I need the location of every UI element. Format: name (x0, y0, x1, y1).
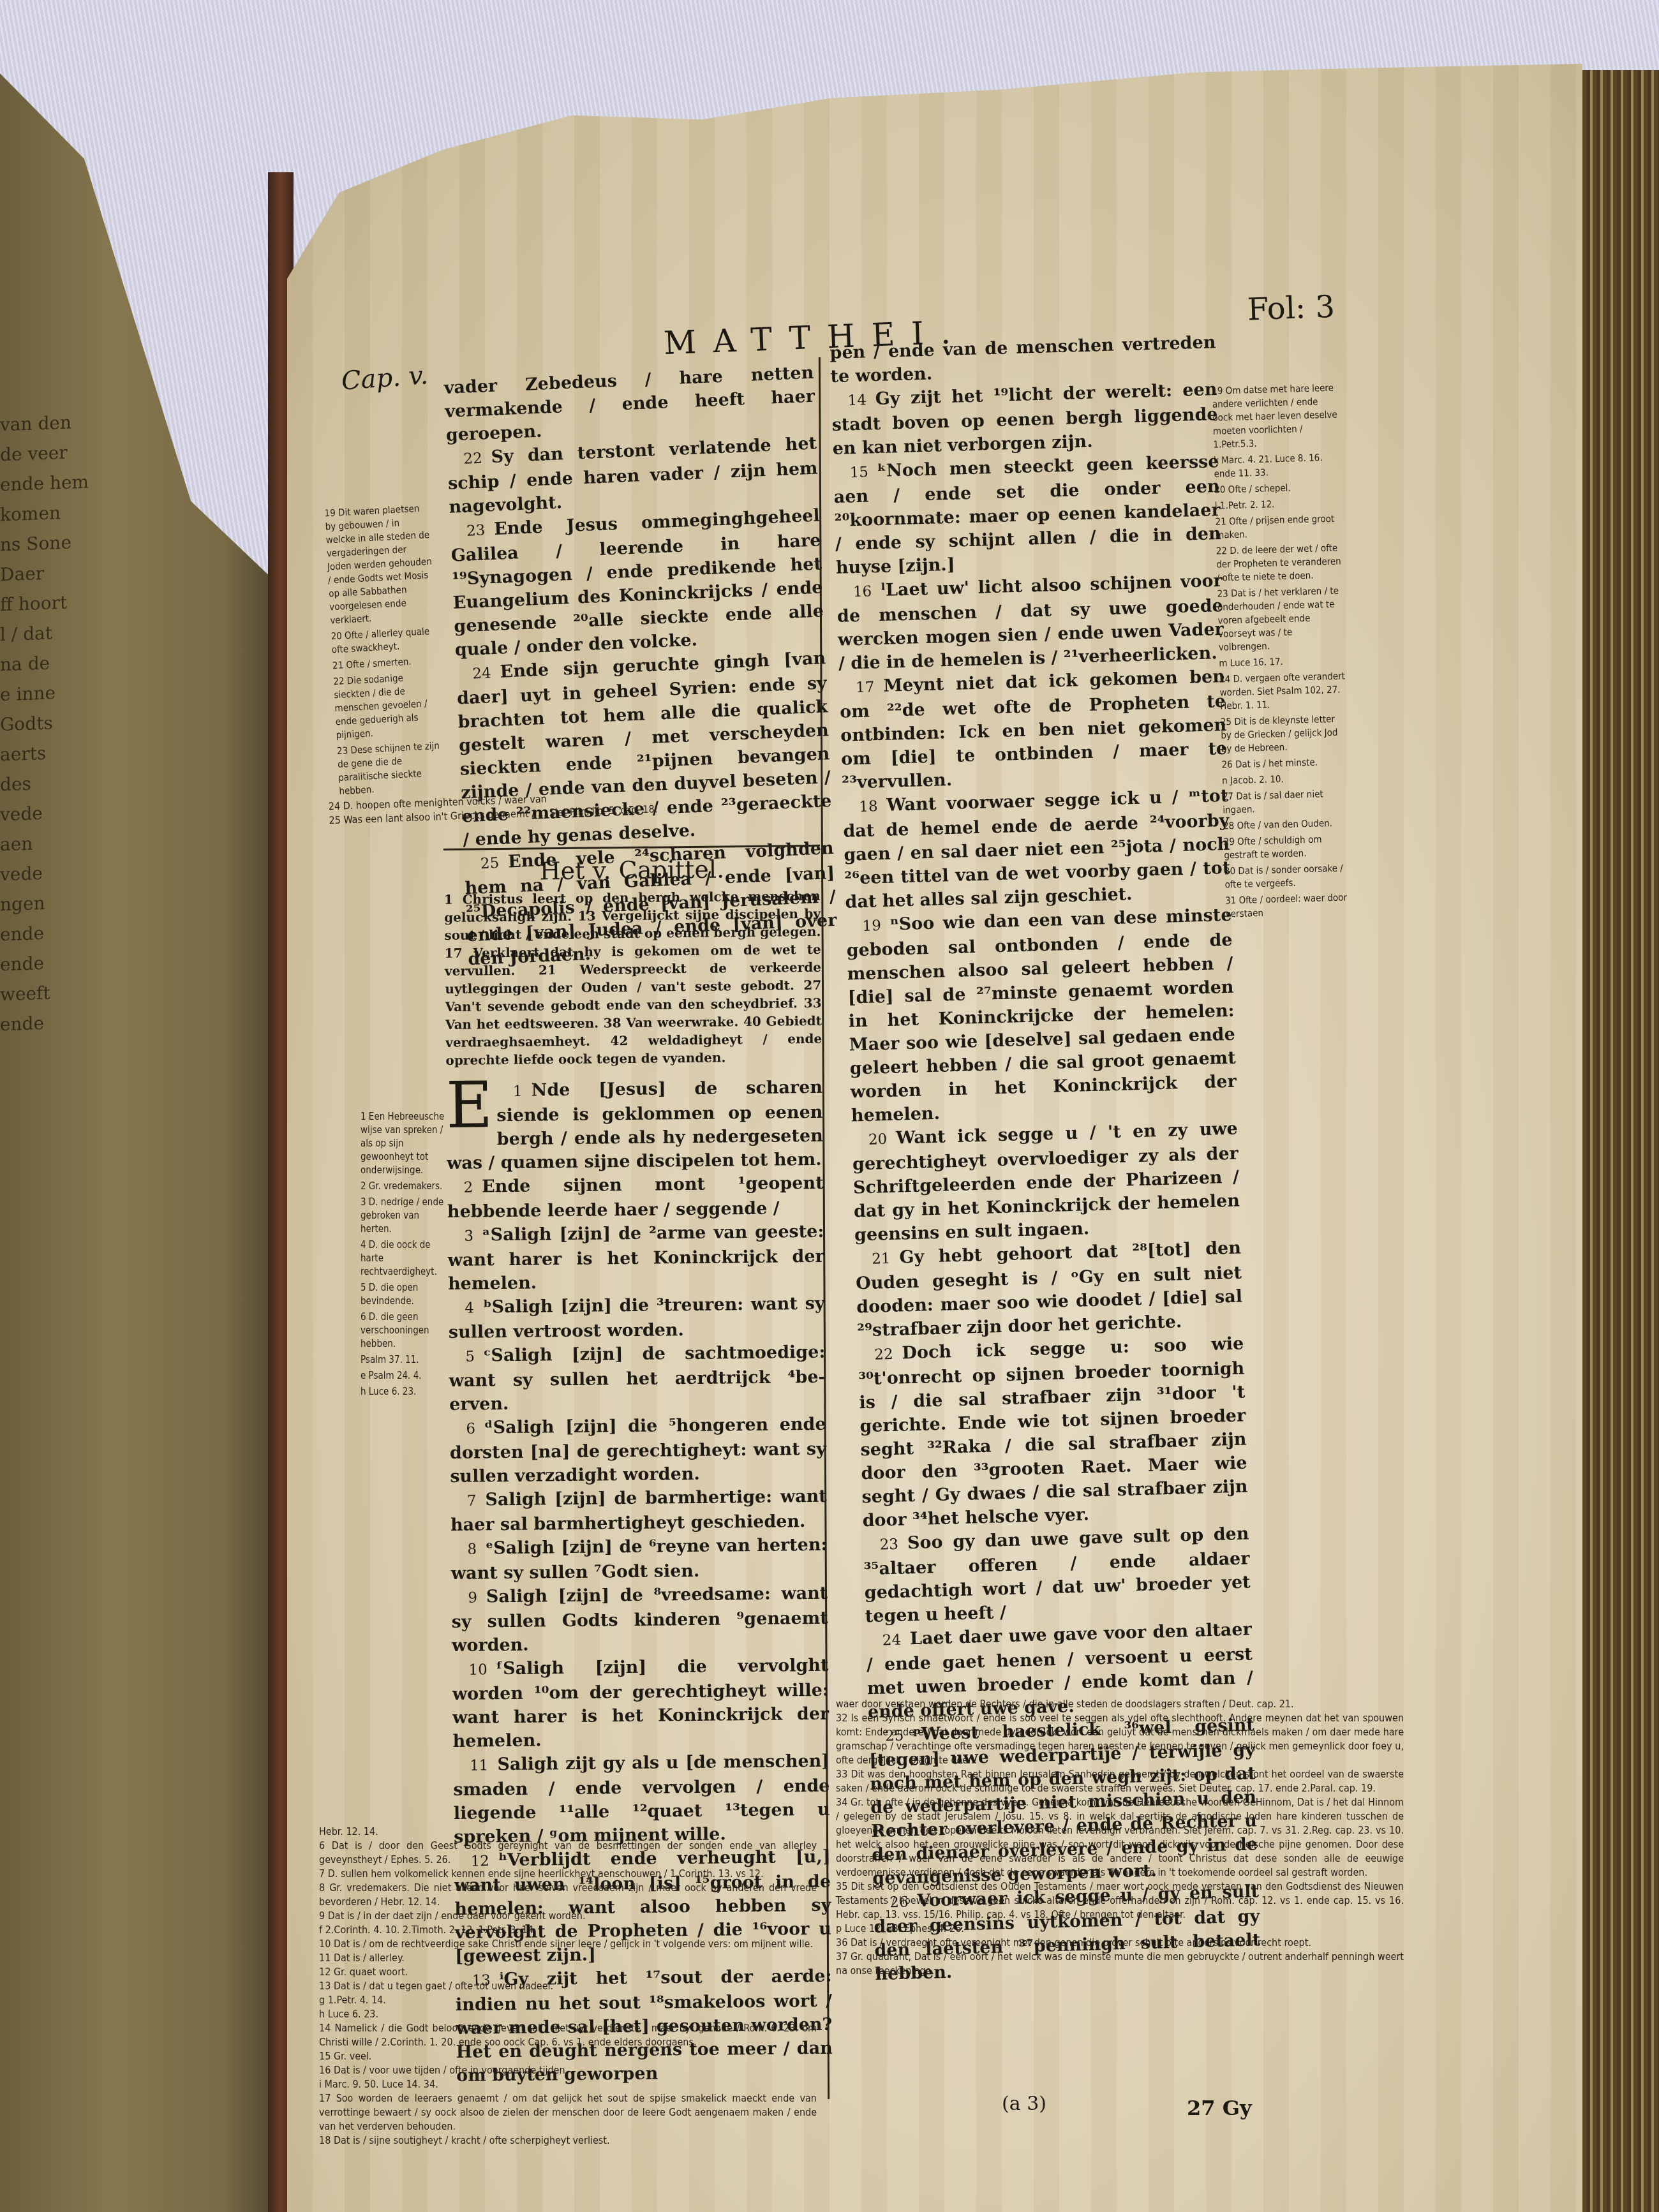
verse: 22Doch ick segge u: soo wie ³⁰t'onrecht … (858, 1332, 1249, 1533)
note: 13 Dat is / dat u tegen gaet / ofte tot … (319, 1979, 817, 1993)
note: 30 Dat is / sonder oorsake / ofte te ver… (1224, 861, 1353, 891)
verse-text: Gy hebt gehoort dat ²⁸[tot] den Ouden ge… (856, 1238, 1243, 1341)
verse-text: ⁿSoo wie dan een van dese minste geboden… (846, 905, 1237, 1126)
verse-number: 6 (449, 1420, 484, 1437)
note: 18 Dat is / sijne soutigheyt / kracht / … (319, 2134, 817, 2148)
note: 17 Soo worden de leeraers genaemt / om d… (319, 2091, 817, 2134)
note: 35 Dit siet op den Godtsdienst des Ouden… (836, 1880, 1404, 1922)
note: i Marc. 9. 50. Luce 14. 34. (319, 2077, 817, 2091)
verse-text: Ende sijnen mont ¹geopent hebbende leerd… (447, 1173, 824, 1222)
verse-text: Want voorwaer segge ick u / ᵐtot dat de … (843, 786, 1231, 912)
verse: 15ᵏNoch men steeckt geen keersse aen / e… (833, 450, 1222, 580)
note: g 1.Petr. 4. 14. (319, 1993, 817, 2007)
note: 36 Dat is / verdraeght ofte vereenight m… (836, 1936, 1404, 1950)
verse-number: 11 (453, 1757, 498, 1774)
note: 6 Dat is / door den Geest Godts gereynig… (319, 1839, 817, 1867)
verse-number: 24 (456, 665, 500, 683)
verse: 16ˡLaet uw' licht alsoo schijnen voor de… (836, 569, 1224, 676)
verse-number: 8 (450, 1541, 486, 1558)
verse-text: Saligh [zijn] de barmhertige: want haer … (450, 1487, 827, 1535)
verse: 8ᵉSaligh [zijn] de ⁶reyne van herten: wa… (450, 1533, 828, 1585)
note: 20 Ofte / allerley quale ofte swackheyt. (331, 625, 437, 657)
verse: 6ᵈSaligh [zijn] die ⁵hongeren ende dorst… (449, 1413, 826, 1488)
note: 19 Om datse met hare leere andere verlic… (1212, 382, 1341, 452)
note: 23 Dat is / het verklaren / te onderhoud… (1217, 584, 1346, 654)
catchword: 27 Gy (1187, 2096, 1252, 2120)
verse-text: Gy zijt het ¹⁹licht der werelt: een stad… (831, 380, 1218, 459)
verse-number: 7 (450, 1492, 486, 1510)
verse: 7Saligh [zijn] de barmhertige: want haer… (450, 1485, 828, 1537)
note: 8 Gr. vredemakers. Die niet alleen voor … (319, 1881, 817, 1909)
verse-number: 1 (496, 1083, 532, 1101)
verse-number: 2 (447, 1179, 482, 1196)
verse-number: 23 (450, 522, 495, 540)
verse: 18Want voorwaer segge ick u / ᵐtot dat d… (842, 784, 1231, 914)
left-page-text-fragments: van den de veer ende hem komen ns Sone D… (0, 401, 268, 1040)
verse-number: 15 (833, 464, 877, 482)
verse-text: Soo gy dan uwe gave sult op den ³⁵altaer… (863, 1524, 1251, 1626)
verse-text: ᵉSaligh [zijn] de ⁶reyne van herten: wan… (451, 1535, 828, 1584)
verse: 19ⁿSoo wie dan een van dese minste gebod… (845, 903, 1237, 1128)
verse-text: ᵃSaligh [zijn] de ²arme van geeste: want… (448, 1222, 824, 1294)
note: 11 Dat is / allerley. (319, 1951, 817, 1965)
chapter-label: Cap. v. (341, 360, 429, 396)
verse-number: 10 (452, 1661, 496, 1679)
verse-text: ᶠSaligh [zijn] die vervolght worden ¹⁰om… (452, 1656, 829, 1751)
note: 6 D. die geen verschooningen hebben. (361, 1310, 447, 1351)
verse-text: Saligh [zijn] de ⁸vreedsame: want sy sul… (452, 1584, 828, 1656)
note: 25 Dit is de kleynste letter by de Griec… (1221, 712, 1350, 755)
note: 7 D. sullen hem volkomelick kennen ende … (319, 1867, 817, 1881)
verse-text: vader Zebedeus / hare netten vermakende … (443, 363, 815, 445)
note: p Luce 12. 58. Ephes. 4. 26. (836, 1922, 1404, 1936)
note: 21 Ofte / smerten. (332, 654, 438, 673)
note: 12 Gr. quaet woort. (319, 1965, 817, 1979)
note: e Psalm 24. 4. (361, 1369, 447, 1383)
note: 10 Dat is / om de rechtveerdige sake Chr… (319, 1937, 817, 1951)
verse-number: 21 (855, 1251, 900, 1268)
note: h Luce 6. 23. (361, 1385, 447, 1399)
side-notes-left: 19 Dit waren plaetsen by gebouwen / in w… (324, 501, 445, 801)
drop-cap: E (446, 1079, 497, 1132)
verse: 14Gy zijt het ¹⁹licht der werelt: een st… (831, 378, 1219, 461)
verse-text: ᵏNoch men steeckt geen keersse aen / end… (833, 452, 1221, 578)
verse-number: 18 (842, 798, 887, 816)
verse-number: 16 (837, 583, 881, 601)
note: k Marc. 4. 21. Luce 8. 16. ende 11. 33. (1214, 450, 1342, 480)
note: 29 Ofte / schuldigh om gestraft te worde… (1223, 832, 1351, 862)
verse-number: 3 (447, 1228, 482, 1245)
verse-text: Sy dan terstont verlatende het schip / e… (447, 434, 818, 517)
verse-text: Ende Jesus ommeginghgeheel Galilea / lee… (450, 506, 824, 660)
note: 32 Is een Syrisch smaetwoort / ende is s… (836, 1711, 1404, 1767)
verse: 10ᶠSaligh [zijn] die vervolght worden ¹⁰… (452, 1654, 829, 1753)
note: 22 Die sodanige sieckten / die de mensch… (333, 670, 442, 742)
note: 15 Gr. veel. (319, 2049, 817, 2063)
chapter-summary: 1 Christus leert op den bergh welcke men… (444, 887, 822, 1069)
verse: 2Ende sijnen mont ¹geopent hebbende leer… (447, 1171, 824, 1224)
note: 16 Dat is / voor uwe tijden / ofte in vo… (319, 2063, 817, 2077)
verse: 21Gy hebt gehoort dat ²⁸[tot] den Ouden … (855, 1236, 1244, 1343)
left-page-verso: van den de veer ende hem komen ns Sone D… (0, 73, 281, 2212)
verse-text: ᶜSaligh [zijn] de sachtmoedige: want sy … (449, 1342, 826, 1414)
verse: 23Ende Jesus ommeginghgeheel Galilea / l… (449, 504, 825, 662)
note: l 1.Petr. 2. 12. (1215, 496, 1343, 512)
verse: 3ᵃSaligh [zijn] de ²arme van geeste: wan… (447, 1220, 824, 1296)
verse-number: 17 (839, 679, 884, 697)
verse-number: 19 (845, 917, 890, 935)
note: Hebr. 12. 14. (319, 1825, 817, 1839)
note: 28 Ofte / van den Ouden. (1223, 816, 1351, 833)
side-notes-left-lower: 1 Een Hebreeusche wijse van spreken / al… (361, 1110, 447, 1401)
footnotes-left: Hebr. 12. 14.6 Dat is / door den Geest G… (319, 1825, 817, 2148)
note: 9 Dat is / in der daet zijn / ende daer … (319, 1909, 817, 1923)
verse-number: 22 (447, 450, 491, 468)
note: 2 Gr. vredemakers. (361, 1180, 447, 1193)
note: 14 Namelick / die Godt belooft ende geve… (319, 2021, 817, 2049)
note: 24 D. vergaen ofte verandert worden. Sie… (1219, 669, 1348, 713)
verse: 5ᶜSaligh [zijn] de sachtmoedige: want sy… (449, 1340, 826, 1416)
note: 1 Een Hebreeusche wijse van spreken / al… (361, 1110, 447, 1177)
verse-number: 4 (448, 1300, 483, 1317)
verse-text: ᵇSaligh [zijn] die ³treuren: want sy sul… (449, 1294, 825, 1342)
note: 5 D. die open bevindende. (361, 1281, 447, 1308)
verse-text: Want ick segge u / 't en zy uwe gerechti… (852, 1119, 1240, 1245)
note: 37 Gr. quadrant, Dat is / een oort / het… (836, 1950, 1404, 1978)
verse: 4ᵇSaligh [zijn] die ³treuren: want sy su… (448, 1292, 825, 1344)
signature-mark: (a 3) (1002, 2093, 1046, 2115)
note: waer door verstaen worden de Rechters / … (836, 1697, 1404, 1711)
note: m Luce 16. 17. (1219, 653, 1346, 670)
verse-text: ᵈSaligh [zijn] die ⁵hongeren ende dorste… (450, 1414, 826, 1487)
side-notes-right: 19 Om datse met hare leere andere verlic… (1212, 382, 1353, 924)
verse: 23Soo gy dan uwe gave sult op den ³⁵alta… (863, 1522, 1251, 1628)
verse-text: Doch ick segge u: soo wie ³⁰t'onrecht op… (858, 1333, 1248, 1531)
note: 22 D. de leere der wet / ofte der Prophe… (1216, 541, 1345, 584)
verse-text: Meynt niet dat ick gekomen ben om ²²de w… (840, 667, 1228, 793)
verse: 17Meynt niet dat ick gekomen ben om ²²de… (839, 665, 1228, 795)
note: 27 Dat is / sal daer niet ingaen. (1223, 787, 1351, 817)
verse-number: 24 (866, 1631, 911, 1649)
verse-text: ˡLaet uw' licht alsoo schijnen voor de m… (837, 571, 1224, 674)
note: n Jacob. 2. 10. (1222, 771, 1350, 787)
note: 21 Ofte / prijsen ende groot maken. (1215, 512, 1343, 542)
note: 34 Gr. tot, ofte / in de gehenne des vye… (836, 1795, 1404, 1880)
note: 31 Ofte / oordeel: waer door verstaen (1225, 891, 1353, 921)
note: 3 D. nedrige / ende gebroken van herten. (361, 1196, 447, 1236)
note: Psalm 37. 11. (361, 1353, 447, 1367)
note: 19 Dit waren plaetsen by gebouwen / in w… (324, 501, 436, 627)
verse-number: 5 (449, 1348, 484, 1365)
note: 4 D. die oock de harte rechtvaerdigheyt. (361, 1238, 447, 1279)
note: 20 Ofte / schepel. (1214, 480, 1342, 496)
note: h Luce 6. 23. (319, 2007, 817, 2021)
verse: 9Saligh [zijn] de ⁸vreedsame: want sy su… (451, 1582, 828, 1658)
verse-text: pen / ende van de menschen vertreden te … (829, 332, 1216, 387)
footnotes-right: waer door verstaen worden de Rechters / … (836, 1697, 1404, 1978)
verse-number: 20 (852, 1131, 896, 1149)
verse-number: 9 (451, 1589, 486, 1607)
verse-number: 22 (858, 1346, 902, 1363)
folio-number: Fol: 3 (1247, 289, 1335, 328)
verse-number: 23 (863, 1536, 907, 1554)
page-edges (1576, 70, 1659, 2212)
note: f 2.Corinth. 4. 10. 2.Timoth. 2. 12. 1.P… (319, 1923, 817, 1937)
verse: 1ENde [Jesus] de scharen siende is geklo… (446, 1076, 824, 1175)
note: 26 Dat is / het minste. (1221, 755, 1349, 771)
chapter-heading: Het v. Capittel. (443, 857, 820, 884)
verse: 20Want ick segge u / 't en zy uwe gerech… (851, 1117, 1240, 1247)
note: 23 Dese schijnen te zijn de gene die de … (337, 739, 445, 798)
note: 33 Dit was den hooghsten Raet binnen Jer… (836, 1767, 1404, 1795)
verse-number: 14 (831, 392, 875, 410)
